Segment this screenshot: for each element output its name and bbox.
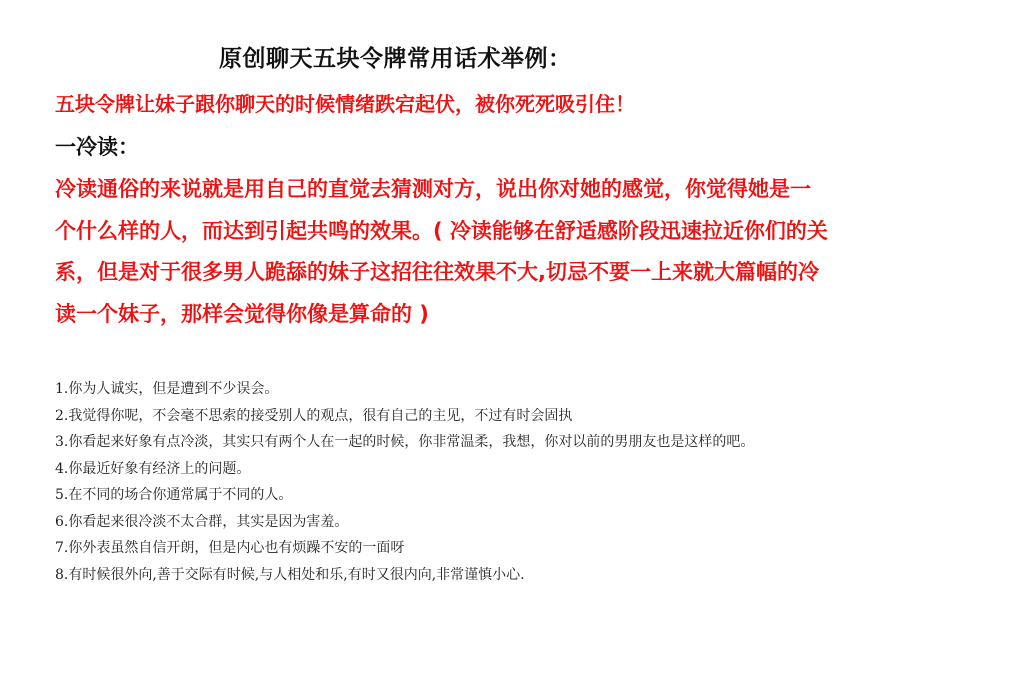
intro-line: 冷读通俗的来说就是用自己的直觉去猜测对方，说出你对她的感觉，你觉得她是一 <box>55 169 955 211</box>
example-item: 2.我觉得你呢，不会毫不思索的接受别人的观点，很有自己的主见，不过有时会固执 <box>55 403 754 430</box>
intro-line: 系，但是对于很多男人跪舔的妹子这招往往效果不大,切忌不要一上来就大篇幅的冷 <box>55 252 955 294</box>
intro-line: 读一个妹子，那样会觉得你像是算命的 ) <box>55 294 955 336</box>
example-item: 6.你看起来很冷淡不太合群，其实是因为害羞。 <box>55 509 754 536</box>
document-title: 原创聊天五块令牌常用话术举例： <box>219 40 572 73</box>
example-item: 1.你为人诚实，但是遭到不少误会。 <box>55 376 754 403</box>
document-subtitle: 五块令牌让妹子跟你聊天的时候情绪跌宕起伏，被你死死吸引住！ <box>55 88 635 117</box>
example-list: 1.你为人诚实，但是遭到不少误会。 2.我觉得你呢，不会毫不思索的接受别人的观点… <box>55 376 754 588</box>
cold-reading-intro: 冷读通俗的来说就是用自己的直觉去猜测对方，说出你对她的感觉，你觉得她是一 个什么… <box>55 169 955 335</box>
example-item: 4.你最近好象有经济上的问题。 <box>55 456 754 483</box>
example-item: 5.在不同的场合你通常属于不同的人。 <box>55 482 754 509</box>
section-heading-cold-reading: 一冷读： <box>55 131 139 161</box>
example-item: 3.你看起来好象有点冷淡，其实只有两个人在一起的时候，你非常温柔，我想，你对以前… <box>55 429 754 456</box>
example-item: 8.有时候很外向,善于交际有时候,与人相处和乐,有时又很内向,非常谨慎小心. <box>55 562 754 589</box>
intro-line: 个什么样的人，而达到引起共鸣的效果。( 冷读能够在舒适感阶段迅速拉近你们的关 <box>55 211 955 253</box>
example-item: 7.你外表虽然自信开朗，但是内心也有烦躁不安的一面呀 <box>55 535 754 562</box>
